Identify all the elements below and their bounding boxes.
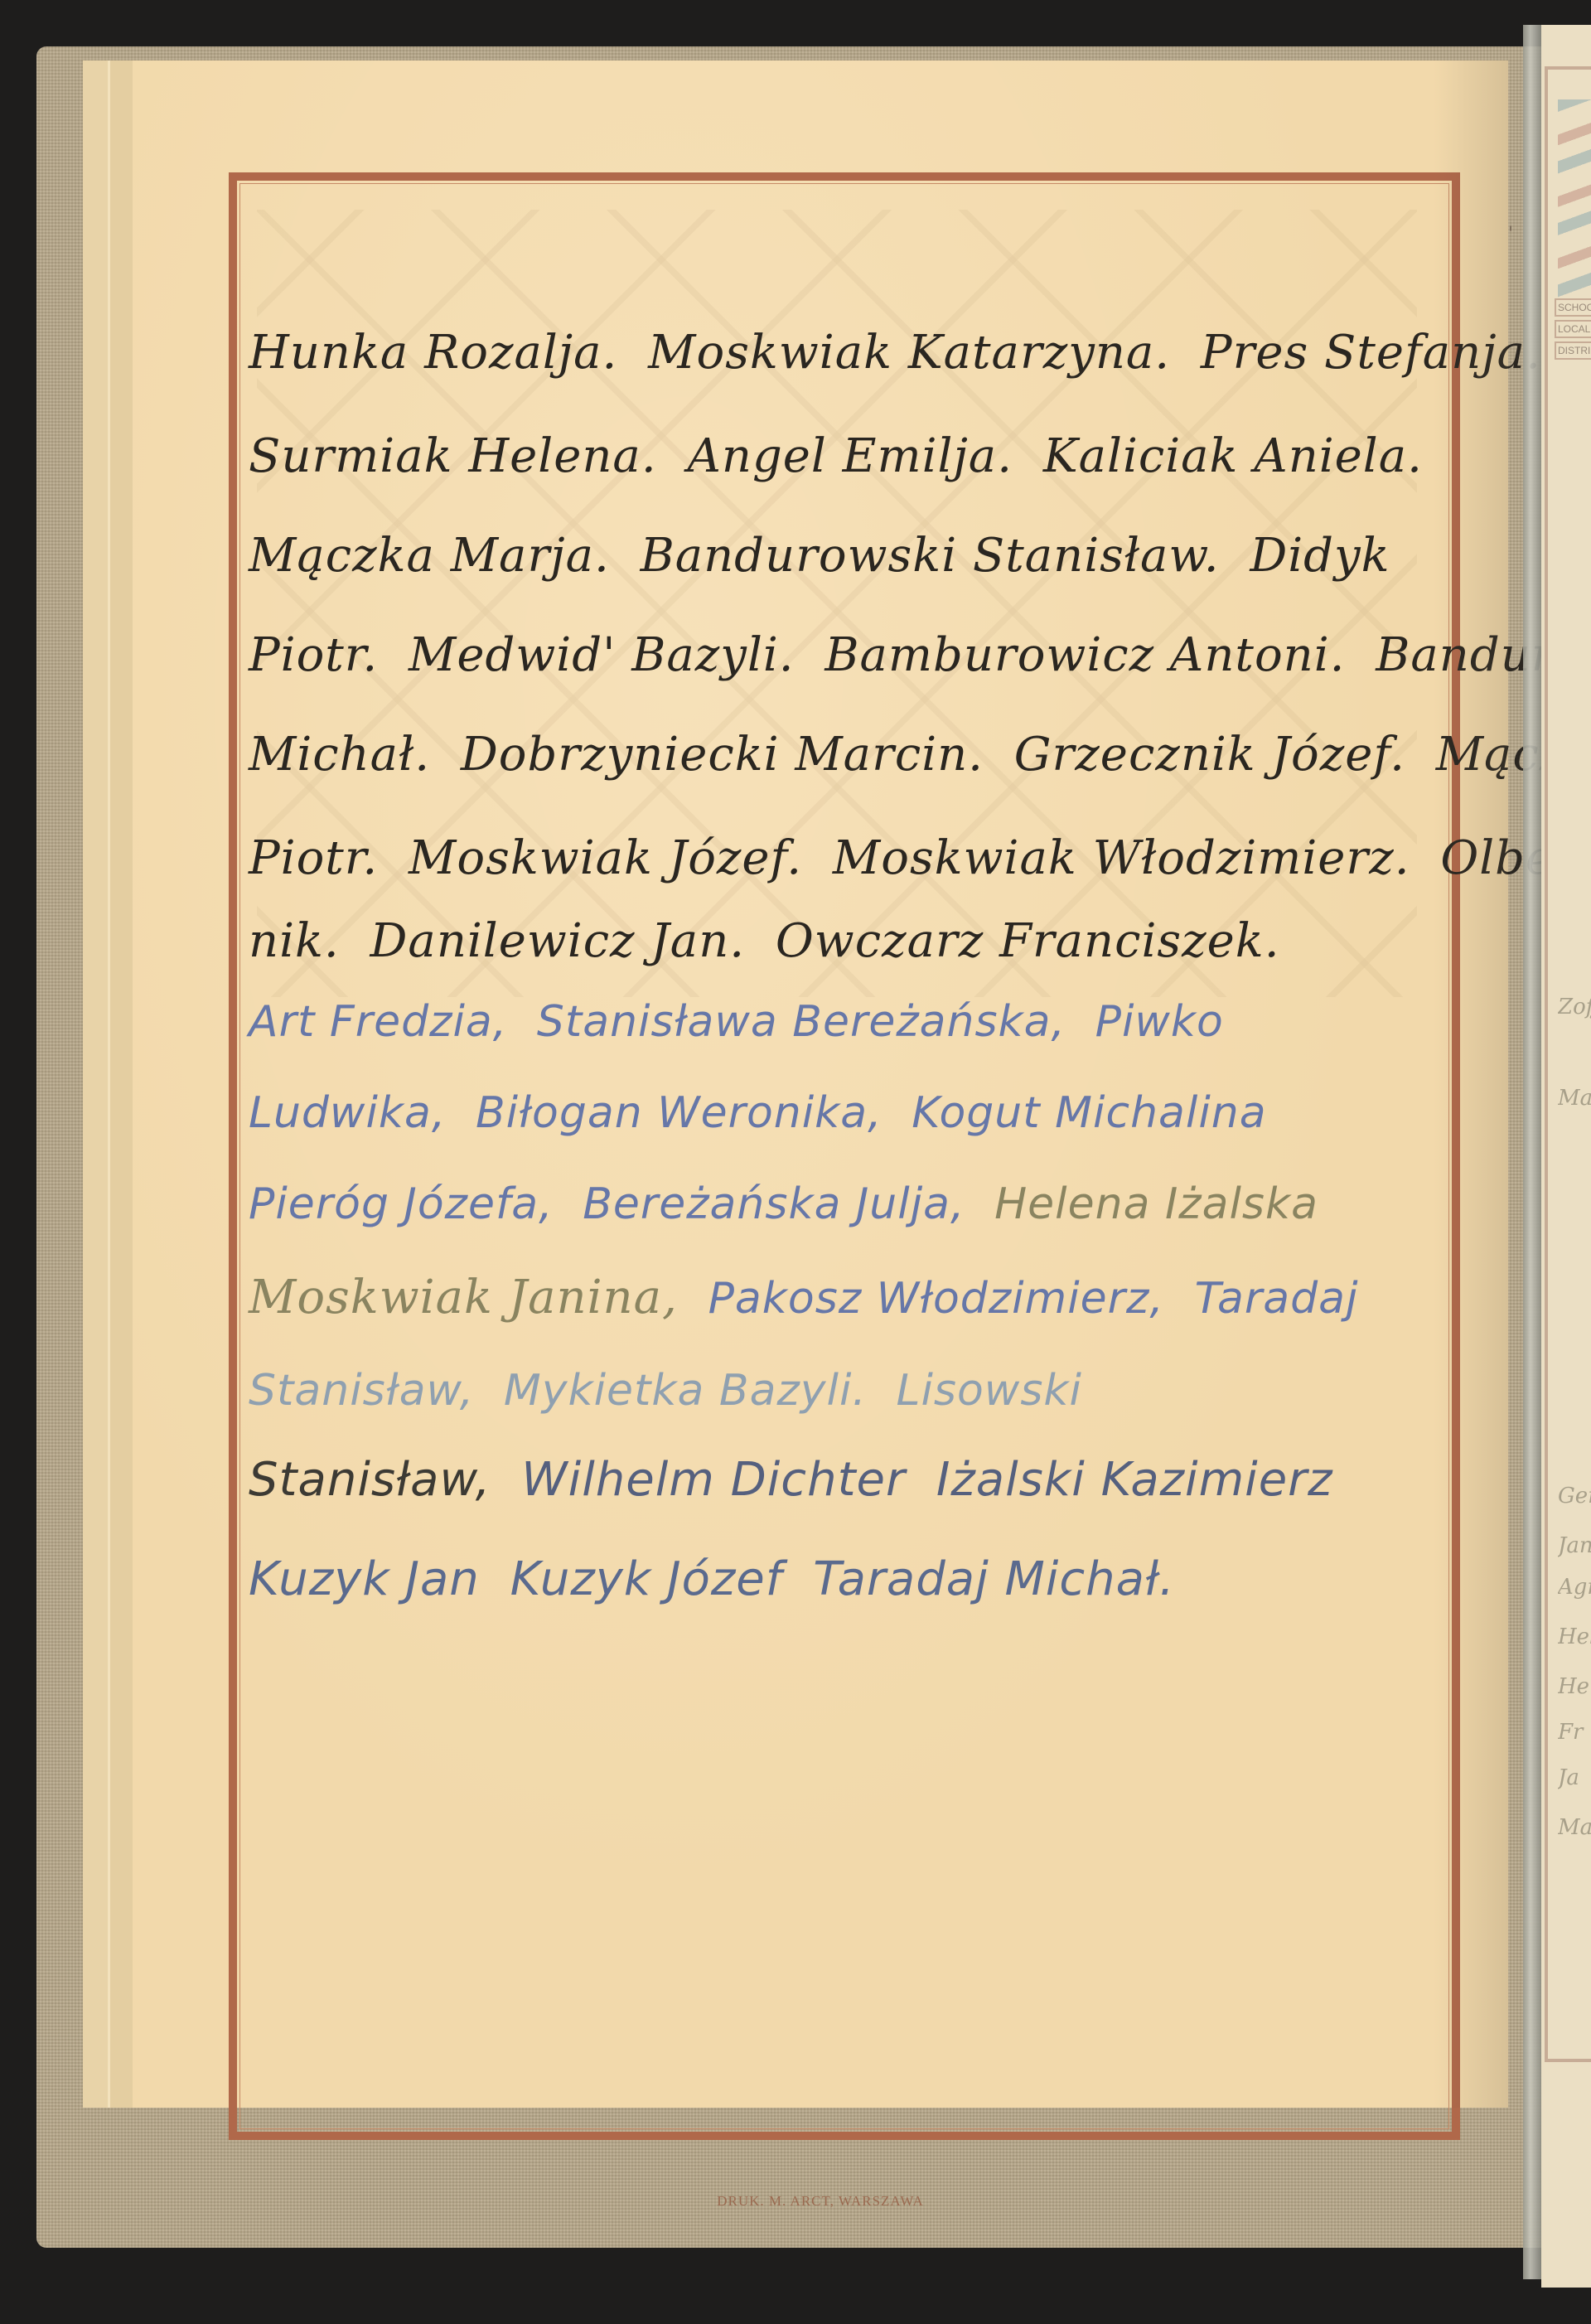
handwritten-line: Surmiak Helena. Angel Emilja. Kaliciak A… — [249, 429, 1438, 483]
name-entry: Dobrzyniecki Marcin. — [461, 728, 984, 782]
page-stack-edge — [83, 61, 133, 2108]
name-entry: Didyk — [1250, 529, 1390, 583]
name-entry: Piotr. — [249, 831, 378, 885]
name-entry: Pakosz Włodzimierz, — [708, 1274, 1164, 1324]
name-entry: Kuzyk Józef — [510, 1552, 783, 1606]
name-entry: Piwko — [1095, 997, 1224, 1047]
name-entry: Michał. — [249, 728, 430, 782]
gutter-shadow — [1434, 61, 1508, 2108]
name-entry: Art Fredzia, — [249, 997, 507, 1047]
name-entry: Iżalski Kazimierz — [936, 1453, 1333, 1507]
name-entry: Stanisława Bereżańska, — [537, 997, 1066, 1047]
name-entry: Pieróg Józefa, — [249, 1179, 554, 1229]
name-entry: Moskwiak Janina, — [249, 1271, 678, 1324]
adjacent-handwriting: Zofja — [1558, 995, 1591, 1019]
name-entry: Lisowski — [896, 1366, 1082, 1416]
name-entry: Wilhelm Dichter — [521, 1453, 906, 1507]
page-mark: ' — [1508, 224, 1513, 245]
adjacent-label-district: DISTRICT POWIAT — [1555, 341, 1591, 360]
name-entry: Surmiak Helena. — [249, 429, 657, 483]
name-entry: Hunka Rozalja. — [249, 326, 617, 380]
handwritten-line: Piotr. Moskwiak Józef. Moskwiak Włodzimi… — [249, 831, 1591, 885]
name-entry: Helena Iżalska — [994, 1179, 1318, 1229]
name-entry: Medwid' Bazyli. — [409, 628, 795, 682]
adjacent-label-locality: LOCALITY MIEJSCOWOŚĆ — [1555, 320, 1591, 338]
handwritten-line: Mączka Marja. Bandurowski Stanisław. Did… — [249, 529, 1405, 583]
name-entry: Mączka Marja. — [249, 529, 610, 583]
name-entry: nik. — [249, 914, 340, 968]
name-entry: Kaliciak Aniela. — [1043, 429, 1423, 483]
adjacent-handwriting: Genow — [1558, 1484, 1591, 1508]
handwritten-line: Stanisław, Mykietka Bazyli. Lisowski — [249, 1366, 1097, 1416]
handwritten-line: Ludwika, Biłogan Weronika, Kogut Michali… — [249, 1088, 1282, 1138]
name-entry: Stanisław, — [249, 1453, 491, 1507]
printer-imprint: DRUK. M. ARCT, WARSZAWA — [133, 2193, 1508, 2210]
name-entry: Mykietka Bazyli. — [504, 1366, 867, 1416]
name-entry: Bereżańska Julja, — [583, 1179, 965, 1229]
handwritten-line: Pieróg Józefa, Bereżańska Julja, Helena … — [249, 1179, 1333, 1229]
name-entry: Biłogan Weronika, — [476, 1088, 883, 1138]
adjacent-handwriting: Agn — [1558, 1575, 1591, 1600]
adjacent-handwriting: Ja — [1558, 1765, 1591, 1790]
adjacent-handwriting: Fr — [1558, 1720, 1591, 1745]
handwritten-line: Hunka Rozalja. Moskwiak Katarzyna. Pres … — [249, 326, 1556, 380]
name-entry: Kuzyk Jan — [249, 1552, 480, 1606]
handwritten-line: Stanisław, Wilhelm Dichter Iżalski Kazim… — [249, 1453, 1348, 1507]
adjacent-page-frame — [1545, 66, 1591, 2062]
name-entry: Ludwika, — [249, 1088, 446, 1138]
adjacent-handwriting: He — [1558, 1674, 1591, 1699]
name-entry: Angel Emilja. — [687, 429, 1013, 483]
name-entry: Grzecznik Józef. — [1014, 728, 1405, 782]
adjacent-page-ornament — [1558, 99, 1591, 298]
name-entry: Stanisław, — [249, 1366, 474, 1416]
handwritten-line: Art Fredzia, Stanisława Bereżańska, Piwk… — [249, 997, 1239, 1047]
adjacent-handwriting: Marja — [1558, 1086, 1591, 1111]
adjacent-handwriting: Hel — [1558, 1624, 1591, 1649]
name-entry: Moskwiak Józef. — [409, 831, 802, 885]
document-page: Hunka Rozalja. Moskwiak Katarzyna. Pres … — [133, 61, 1508, 2108]
name-entry: Moskwiak Włodzimierz. — [833, 831, 1410, 885]
handwritten-line: Moskwiak Janina, Pakosz Włodzimierz, Tar… — [249, 1271, 1373, 1324]
adjacent-page-labels: SCHOOL SZKOŁA LOCALITY MIEJSCOWOŚĆ DISTR… — [1555, 298, 1591, 363]
name-entry: Owczarz Franciszek. — [776, 914, 1280, 968]
name-entry: Kogut Michalina — [912, 1088, 1266, 1138]
handwritten-line: Piotr. Medwid' Bazyli. Bamburowicz Anton… — [249, 628, 1591, 682]
adjacent-handwriting: Jan — [1558, 1533, 1591, 1558]
handwritten-line: Kuzyk Jan Kuzyk Józef Taradaj Michał. — [249, 1552, 1190, 1606]
book-spine-gutter — [1523, 25, 1541, 2279]
name-entry: Danilewicz Jan. — [370, 914, 746, 968]
name-entry: Taradaj Michał. — [813, 1552, 1175, 1606]
name-entry: Taradaj — [1195, 1274, 1359, 1324]
handwritten-line: nik. Danilewicz Jan. Owczarz Franciszek. — [249, 914, 1295, 968]
name-entry: Bamburowicz Antoni. — [825, 628, 1345, 682]
adjacent-handwriting: Ma — [1558, 1815, 1591, 1840]
handwritten-line: Michał. Dobrzyniecki Marcin. Grzecznik J… — [249, 728, 1591, 782]
name-entry: Bandurowski Stanisław. — [641, 529, 1220, 583]
adjacent-label-school: SCHOOL SZKOŁA — [1555, 298, 1591, 317]
name-entry: Moskwiak Katarzyna. — [648, 326, 1170, 380]
name-entry: Piotr. — [249, 628, 378, 682]
